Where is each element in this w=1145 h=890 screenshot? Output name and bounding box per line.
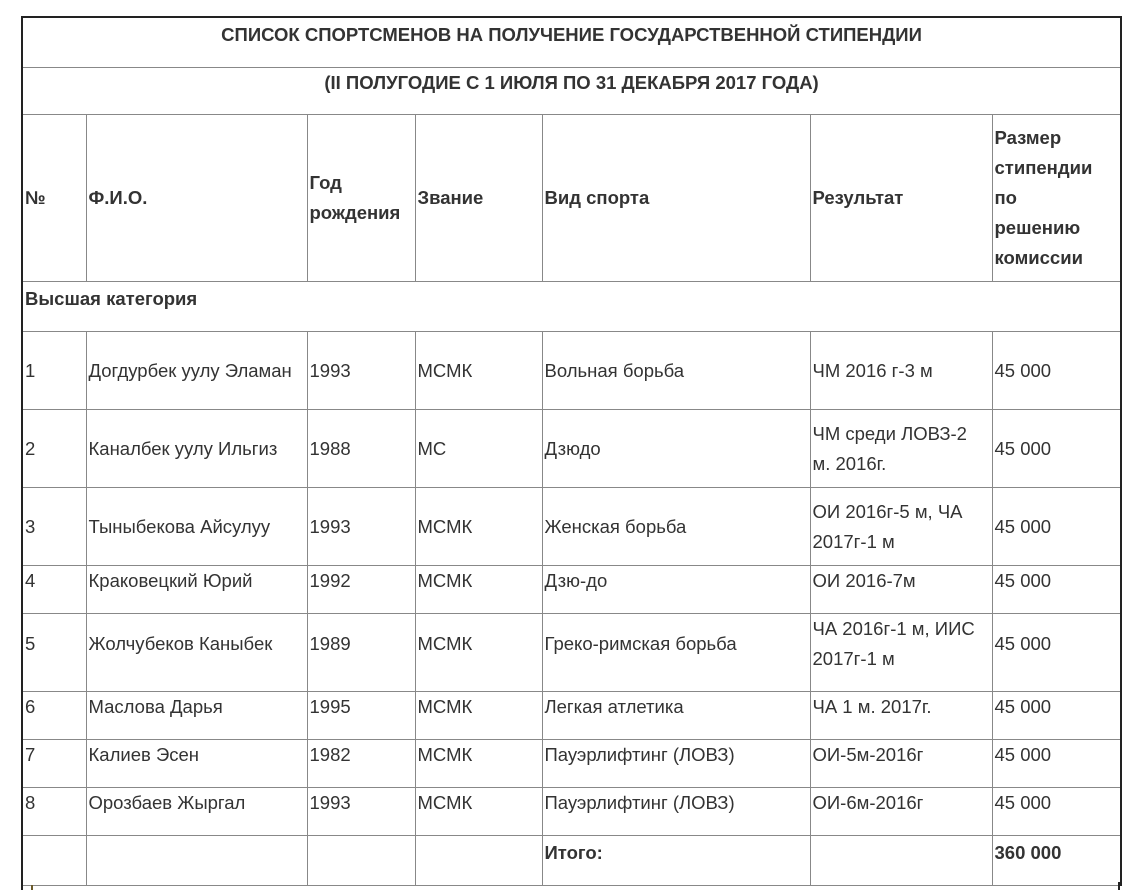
header-birth-year-line2: рождения xyxy=(310,202,401,223)
cell-rank: МСМК xyxy=(415,566,542,614)
title-row: СПИСОК СПОРТСМЕНОВ НА ПОЛУЧЕНИЕ ГОСУДАРС… xyxy=(22,17,1121,68)
cell-sport: Легкая атлетика xyxy=(542,692,810,740)
header-birth-year: Годрождения xyxy=(307,115,415,282)
cell-sport: Вольная борьба xyxy=(542,332,810,410)
cell-year: 1995 xyxy=(307,692,415,740)
total-label: Итого: xyxy=(542,836,810,886)
cell-num: 5 xyxy=(22,614,86,692)
header-amount-line4: решению xyxy=(995,217,1081,238)
table-row: 7 Калиев Эсен 1982 МСМК Пауэрлифтинг (ЛО… xyxy=(22,740,1121,788)
header-amount-line5: комиссии xyxy=(995,247,1083,268)
cell-result: ОИ-6м-2016г xyxy=(810,788,992,836)
cell-year: 1988 xyxy=(307,410,415,488)
scholarship-table: СПИСОК СПОРТСМЕНОВ НА ПОЛУЧЕНИЕ ГОСУДАРС… xyxy=(21,16,1122,886)
cell-rank: МСМК xyxy=(415,332,542,410)
header-amount-line1: Размер xyxy=(995,127,1062,148)
next-row-fragment xyxy=(21,882,1120,890)
cell-empty xyxy=(86,836,307,886)
cell-num: 6 xyxy=(22,692,86,740)
cell-result: ЧМ среди ЛОВЗ-2 м. 2016г. xyxy=(810,410,992,488)
cell-name: Калиев Эсен xyxy=(86,740,307,788)
header-amount-line2: стипендии xyxy=(995,157,1093,178)
cell-num: 4 xyxy=(22,566,86,614)
cell-rank: МСМК xyxy=(415,788,542,836)
cell-amount: 45 000 xyxy=(992,614,1121,692)
cell-empty xyxy=(415,836,542,886)
header-rank: Звание xyxy=(415,115,542,282)
cell-name: Орозбаев Жыргал xyxy=(86,788,307,836)
cell-num: 2 xyxy=(22,410,86,488)
cell-sport: Пауэрлифтинг (ЛОВЗ) xyxy=(542,788,810,836)
cell-result: ЧА 2016г-1 м, ИИС 2017г-1 м xyxy=(810,614,992,692)
cell-num: 1 xyxy=(22,332,86,410)
cell-year: 1989 xyxy=(307,614,415,692)
cell-rank: МСМК xyxy=(415,614,542,692)
cell-sport: Греко-римская борьба xyxy=(542,614,810,692)
cell-amount: 45 000 xyxy=(992,488,1121,566)
cell-result: ЧМ 2016 г-3 м xyxy=(810,332,992,410)
subtitle-row: (II ПОЛУГОДИЕ С 1 ИЮЛЯ ПО 31 ДЕКАБРЯ 201… xyxy=(22,68,1121,115)
document-subtitle: (II ПОЛУГОДИЕ С 1 ИЮЛЯ ПО 31 ДЕКАБРЯ 201… xyxy=(22,68,1121,115)
table-row: 4 Краковецкий Юрий 1992 МСМК Дзю-до ОИ 2… xyxy=(22,566,1121,614)
header-result: Результат xyxy=(810,115,992,282)
table-row: 5 Жолчубеков Каныбек 1989 МСМК Греко-рим… xyxy=(22,614,1121,692)
cell-name: Тыныбекова Айсулуу xyxy=(86,488,307,566)
category-row: Высшая категория xyxy=(22,282,1121,332)
cell-num: 7 xyxy=(22,740,86,788)
cut-off-text-fragment xyxy=(31,885,33,890)
header-sport: Вид спорта xyxy=(542,115,810,282)
cell-name: Маслова Дарья xyxy=(86,692,307,740)
cell-amount: 45 000 xyxy=(992,566,1121,614)
total-row: Итого: 360 000 xyxy=(22,836,1121,886)
header-name: Ф.И.О. xyxy=(86,115,307,282)
cell-name: Краковецкий Юрий xyxy=(86,566,307,614)
cell-year: 1992 xyxy=(307,566,415,614)
header-birth-year-line1: Год xyxy=(310,172,342,193)
cell-name: Жолчубеков Каныбек xyxy=(86,614,307,692)
cell-empty xyxy=(810,836,992,886)
cell-num: 8 xyxy=(22,788,86,836)
cell-rank: МСМК xyxy=(415,692,542,740)
cell-name: Каналбек уулу Ильгиз xyxy=(86,410,307,488)
cell-result: ЧА 1 м. 2017г. xyxy=(810,692,992,740)
cell-year: 1993 xyxy=(307,788,415,836)
cell-amount: 45 000 xyxy=(992,788,1121,836)
cell-rank: МС xyxy=(415,410,542,488)
cell-name: Догдурбек уулу Эламан xyxy=(86,332,307,410)
total-amount: 360 000 xyxy=(992,836,1121,886)
document-title: СПИСОК СПОРТСМЕНОВ НА ПОЛУЧЕНИЕ ГОСУДАРС… xyxy=(22,17,1121,68)
cell-result: ОИ-5м-2016г xyxy=(810,740,992,788)
header-num: № xyxy=(22,115,86,282)
table-row: 1 Догдурбек уулу Эламан 1993 МСМК Вольна… xyxy=(22,332,1121,410)
cell-rank: МСМК xyxy=(415,488,542,566)
cell-amount: 45 000 xyxy=(992,692,1121,740)
cell-year: 1982 xyxy=(307,740,415,788)
cell-year: 1993 xyxy=(307,332,415,410)
cell-sport: Пауэрлифтинг (ЛОВЗ) xyxy=(542,740,810,788)
cell-result: ОИ 2016г-5 м, ЧА 2017г-1 м xyxy=(810,488,992,566)
cell-amount: 45 000 xyxy=(992,410,1121,488)
table-row: 3 Тыныбекова Айсулуу 1993 МСМК Женская б… xyxy=(22,488,1121,566)
cell-empty xyxy=(307,836,415,886)
table-row: 6 Маслова Дарья 1995 МСМК Легкая атлетик… xyxy=(22,692,1121,740)
header-amount-line3: по xyxy=(995,187,1017,208)
cell-year: 1993 xyxy=(307,488,415,566)
cell-sport: Дзюдо xyxy=(542,410,810,488)
cell-result: ОИ 2016-7м xyxy=(810,566,992,614)
cell-amount: 45 000 xyxy=(992,740,1121,788)
cell-num: 3 xyxy=(22,488,86,566)
header-row: № Ф.И.О. Годрождения Звание Вид спорта Р… xyxy=(22,115,1121,282)
cell-sport: Женская борьба xyxy=(542,488,810,566)
category-label: Высшая категория xyxy=(22,282,1121,332)
cell-empty xyxy=(22,836,86,886)
cell-sport: Дзю-до xyxy=(542,566,810,614)
cell-rank: МСМК xyxy=(415,740,542,788)
table-row: 8 Орозбаев Жыргал 1993 МСМК Пауэрлифтинг… xyxy=(22,788,1121,836)
cell-amount: 45 000 xyxy=(992,332,1121,410)
header-amount: Размерстипендиипорешениюкомиссии xyxy=(992,115,1121,282)
table-row: 2 Каналбек уулу Ильгиз 1988 МС Дзюдо ЧМ … xyxy=(22,410,1121,488)
